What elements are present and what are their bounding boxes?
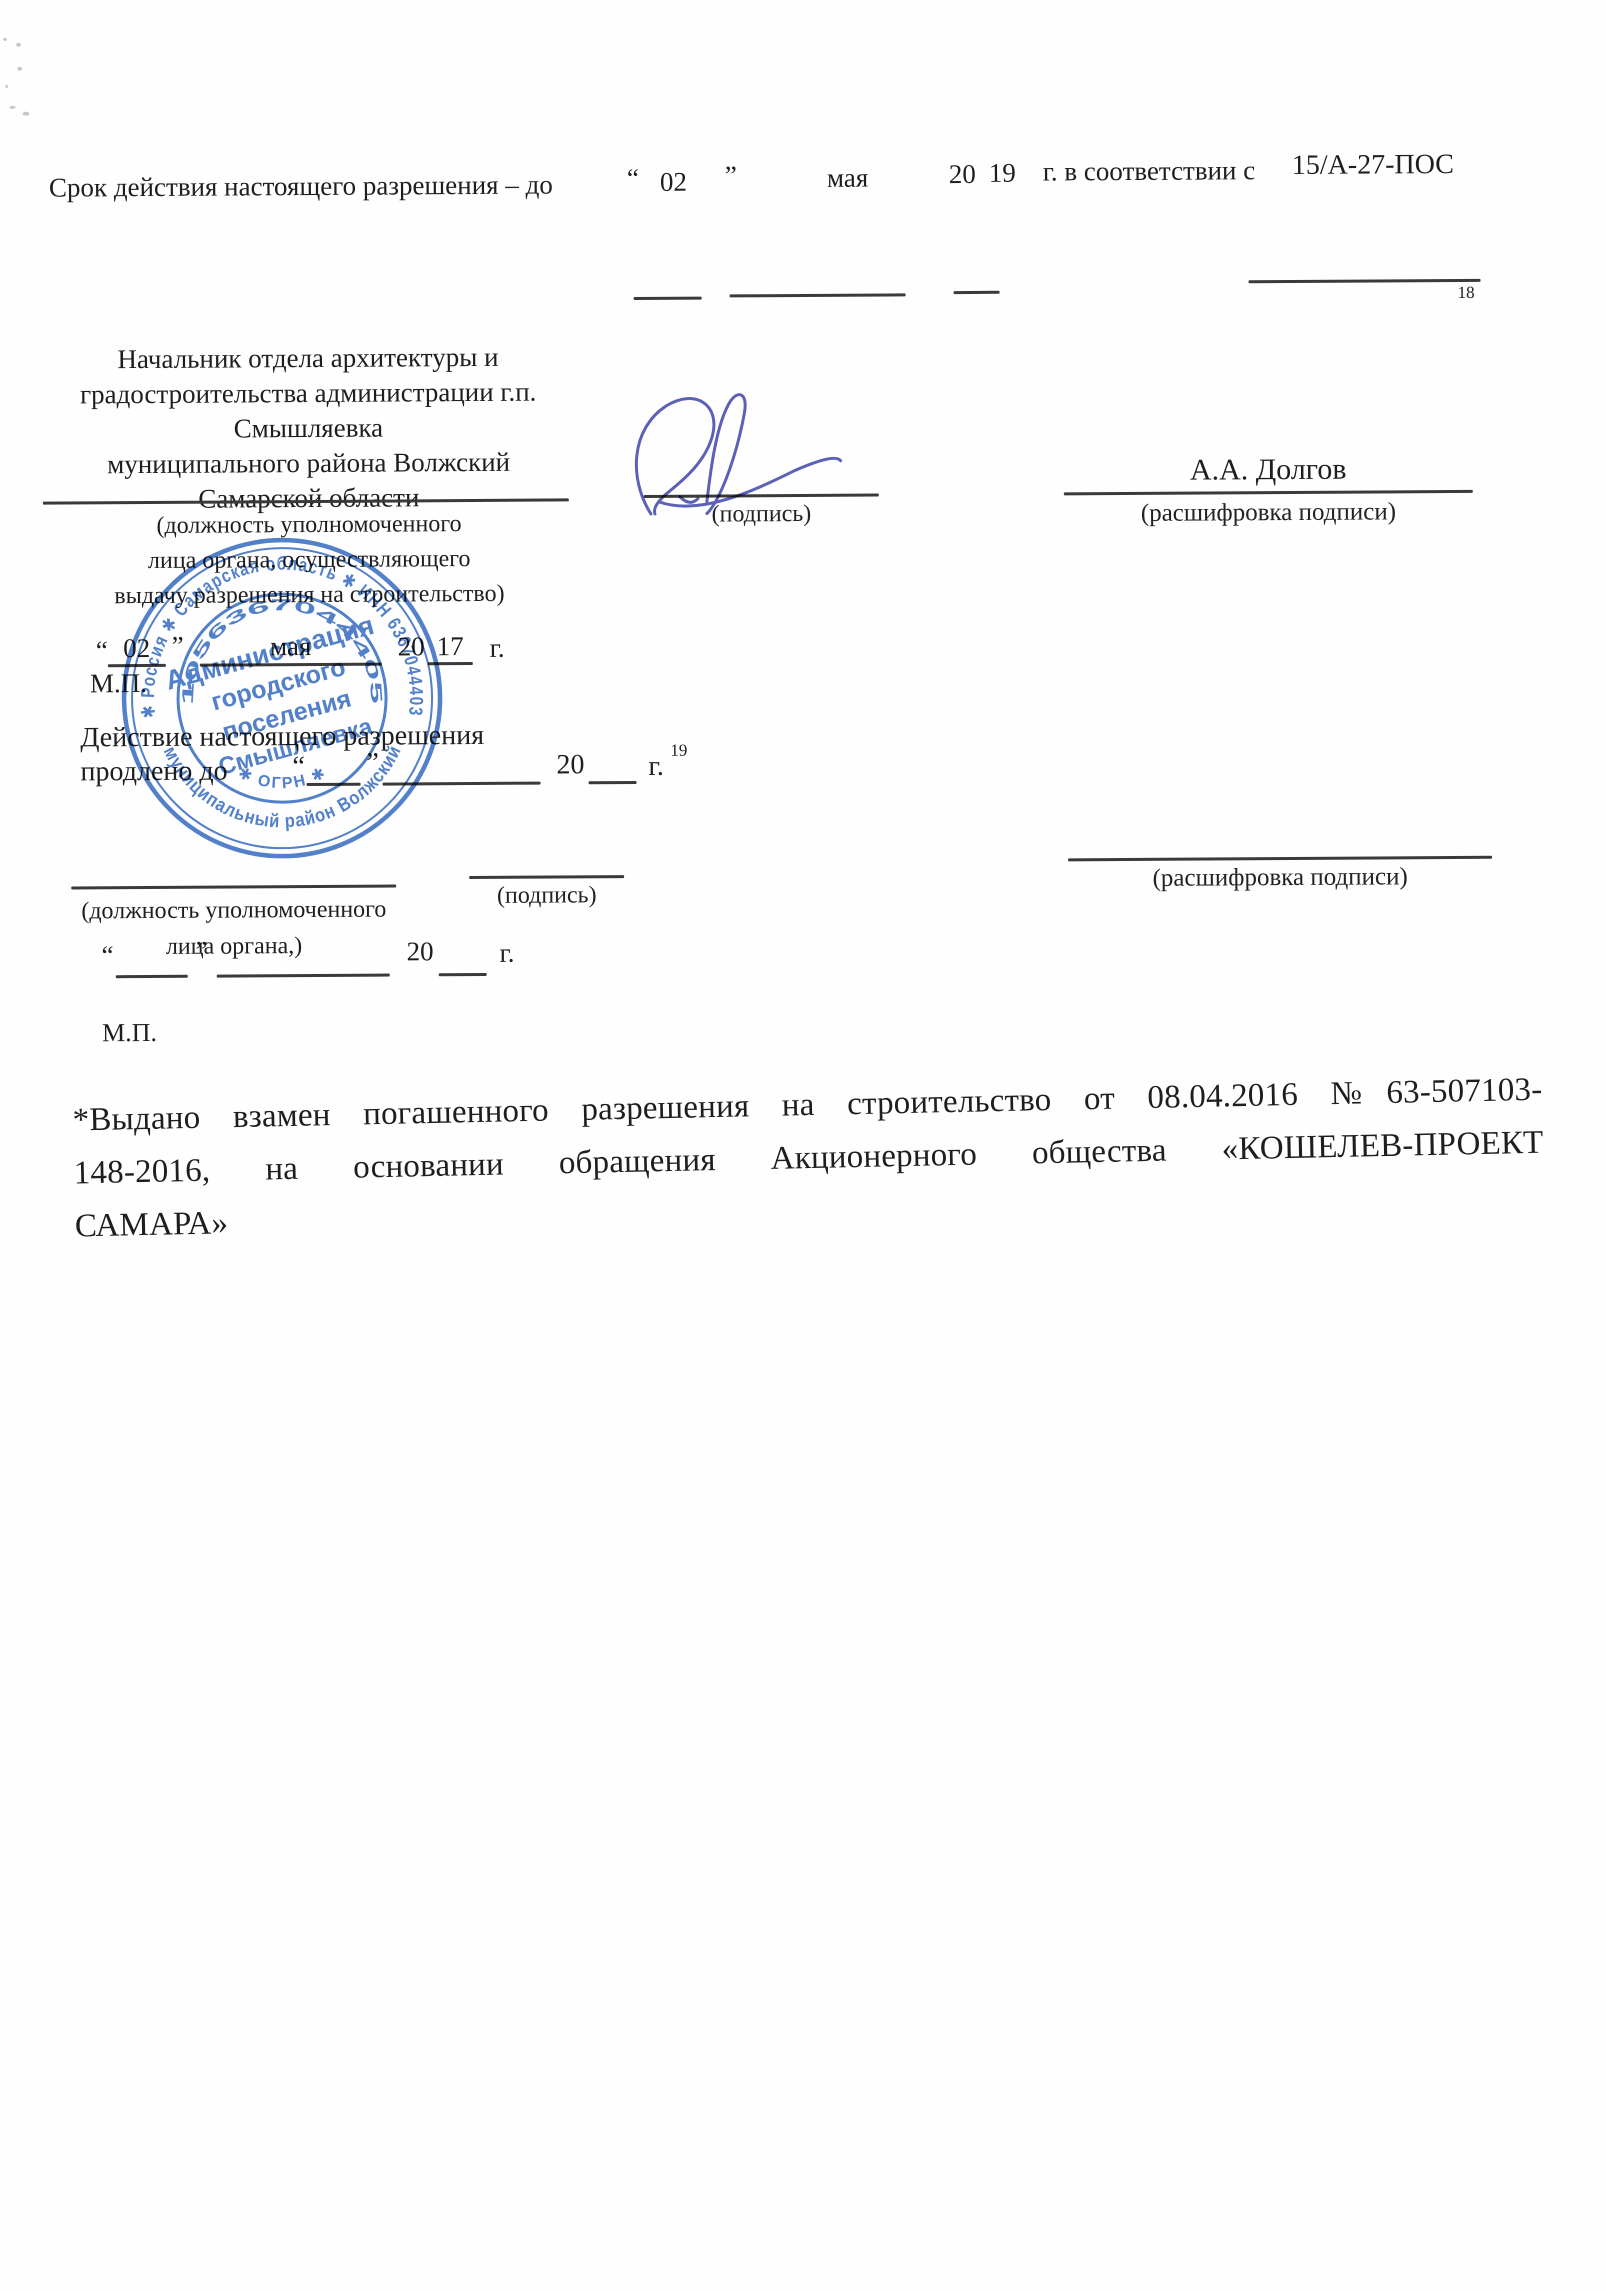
blank-close-quote: ”	[196, 936, 208, 967]
signature-loop	[636, 398, 715, 514]
name-caption: (расшифровка подписи)	[1064, 498, 1473, 528]
stamp-outer-ring-inner	[131, 547, 433, 849]
blank-year-line	[439, 973, 487, 976]
authority-position: Начальник отдела архитектуры и градостро…	[38, 339, 579, 517]
extension-year-line	[589, 781, 637, 784]
signature2-underline	[469, 875, 624, 879]
position-line: муниципального района Волжский	[39, 444, 579, 482]
scanned-document-page: Срок действия настоящего разрешения – до…	[0, 0, 1606, 2291]
position-line: Смышляевка	[38, 409, 578, 447]
blank-open-quote: “	[102, 940, 114, 971]
position-line: градостроительства администрации г.п.	[38, 374, 578, 412]
blank-day-line	[116, 975, 188, 978]
name-underline	[1064, 490, 1473, 495]
signature2-caption: (подпись)	[469, 882, 624, 910]
position2-caption: (должность уполномоченного лица органа,)	[71, 891, 396, 965]
validity-day: 02	[660, 167, 687, 198]
blank-line	[1249, 279, 1481, 283]
replacement-footnote: *Выдано взамен погашенного разрешения на…	[72, 1064, 1545, 1254]
signatory-name: А.А. Долгов	[1064, 452, 1473, 488]
blank-year-label: г.	[500, 938, 515, 969]
blank-line	[730, 293, 906, 297]
name2-caption: (расшифровка подписи)	[1068, 863, 1492, 894]
stamp-outer-ring	[123, 539, 441, 857]
signature-tail	[659, 458, 841, 506]
position-line: Начальник отдела архитектуры и	[38, 339, 578, 377]
validity-open-quote: “	[627, 163, 639, 194]
blank-line	[954, 291, 1000, 294]
scan-speck	[22, 112, 29, 116]
caption-line: (должность уполномоченного	[71, 891, 396, 929]
footnote-marker-19: 19	[670, 741, 687, 761]
scan-speck	[17, 67, 22, 71]
validity-reference: 15/А-27-ПОС	[1292, 149, 1454, 182]
scan-speck	[5, 85, 8, 88]
caption-line: лица органа,)	[71, 927, 396, 965]
extension-year-prefix: 20	[556, 749, 584, 781]
validity-year-prefix: 20	[949, 159, 976, 190]
extension-year-label: г.	[648, 751, 664, 783]
validity-year-suffix: 19	[989, 158, 1016, 189]
blank-line	[634, 297, 702, 300]
validity-month: мая	[827, 163, 869, 194]
footnote-marker-18: 18	[1458, 283, 1475, 303]
blank-year-prefix: 20	[407, 936, 434, 967]
scan-speck	[16, 43, 21, 47]
validity-close-quote: ”	[725, 160, 737, 191]
scan-speck	[3, 38, 7, 41]
scan-speck	[9, 106, 15, 109]
blank-month-line	[217, 974, 390, 978]
validity-suffix: г. в соответствии с	[1043, 155, 1256, 187]
handwritten-signature	[583, 378, 864, 545]
official-round-stamp: ✱ Россия ✱ Самарская область ✱ ИНН 63670…	[91, 507, 473, 889]
validity-prefix: Срок действия настоящего разрешения – до	[49, 170, 553, 204]
signature-squiggle	[680, 497, 698, 503]
seal-mark-2: М.П.	[102, 1018, 157, 1048]
issue-year-label: г.	[490, 633, 505, 664]
name2-underline	[1068, 856, 1492, 862]
